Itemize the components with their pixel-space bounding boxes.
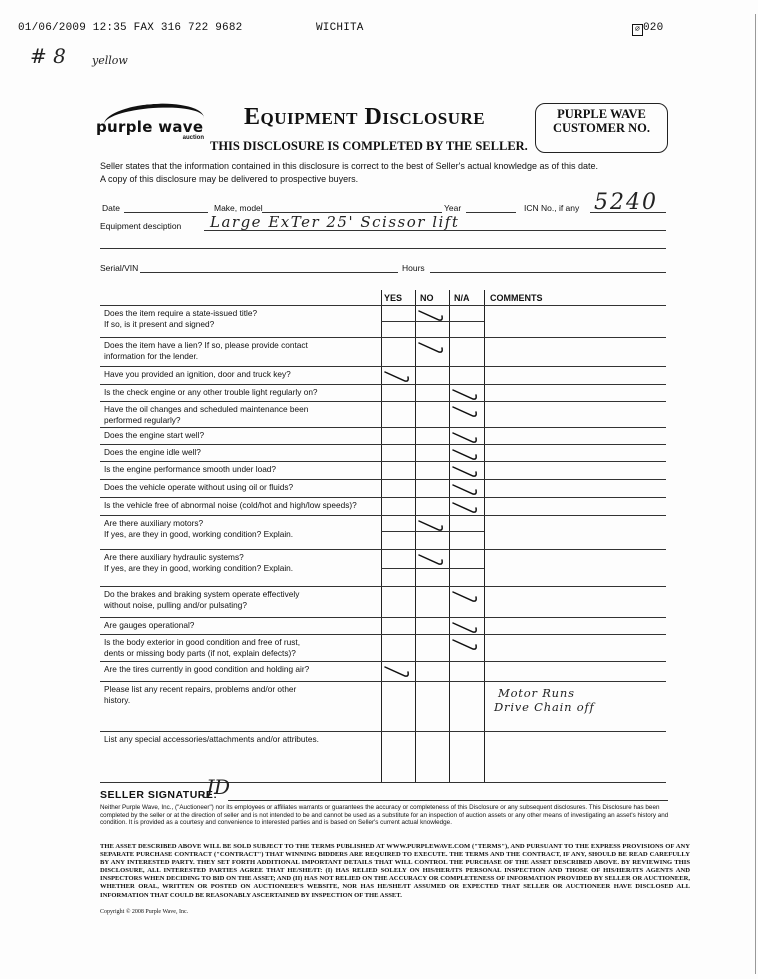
question-text-2: If so, is it present and signed? bbox=[104, 319, 379, 330]
header-yes: YES bbox=[384, 293, 402, 303]
comment-line1: Motor Runs bbox=[494, 686, 595, 700]
answer-cell-yes[interactable] bbox=[383, 465, 413, 479]
question-text: Are gauges operational? bbox=[104, 620, 379, 631]
answer-cell-no[interactable] bbox=[417, 431, 447, 445]
question-text-2: If yes, are they in good, working condit… bbox=[104, 563, 379, 574]
question-text: Have you provided an ignition, door and … bbox=[104, 369, 379, 380]
question-text: Does the engine idle well? bbox=[104, 447, 379, 458]
table-row-question: Does the engine idle well? bbox=[104, 447, 379, 458]
table-row-question: Have you provided an ignition, door and … bbox=[104, 369, 379, 380]
page-subtitle: THIS DISCLOSURE IS COMPLETED BY THE SELL… bbox=[210, 139, 528, 154]
question-text: Does the engine start well? bbox=[104, 430, 379, 441]
table-row-divider bbox=[100, 337, 666, 338]
answer-cell-yes[interactable] bbox=[383, 685, 413, 699]
answer-cell-yes[interactable] bbox=[383, 431, 413, 445]
table-cell-divider bbox=[381, 568, 484, 569]
table-column-divider bbox=[449, 290, 450, 782]
checkmark-icon bbox=[451, 465, 481, 479]
checkmark-icon bbox=[383, 370, 413, 384]
answer-cell-na[interactable] bbox=[451, 405, 481, 419]
copyright: Copyright © 2008 Purple Wave, Inc. bbox=[100, 909, 188, 915]
answer-cell-yes[interactable] bbox=[383, 448, 413, 462]
customer-number-box[interactable]: PURPLE WAVE CUSTOMER NO. bbox=[535, 103, 668, 153]
checkmark-icon bbox=[451, 638, 481, 652]
question-text: Are the tires currently in good conditio… bbox=[104, 664, 379, 675]
checkmark-icon bbox=[417, 341, 447, 355]
table-row-question: Does the engine start well? bbox=[104, 430, 379, 441]
customer-box-line1: PURPLE WAVE bbox=[536, 107, 667, 121]
checkmark-icon bbox=[451, 501, 481, 515]
answer-cell-no[interactable] bbox=[417, 405, 447, 419]
customer-box-line2: CUSTOMER NO. bbox=[536, 121, 667, 135]
comments-handwritten: Motor Runs Drive Chain off bbox=[494, 686, 595, 714]
question-text: Please list any recent repairs, problems… bbox=[104, 684, 379, 695]
answer-cell-na[interactable] bbox=[451, 553, 481, 567]
fax-page: ⌀020 bbox=[632, 22, 663, 36]
make-label: Make, model bbox=[214, 203, 263, 213]
answer-cell-na[interactable] bbox=[451, 388, 481, 402]
question-text: Are there auxiliary hydraulic systems? bbox=[104, 552, 379, 563]
table-row-question: Do the brakes and braking system operate… bbox=[104, 589, 379, 611]
answer-cell-na[interactable] bbox=[451, 309, 481, 323]
question-text: List any special accessories/attachments… bbox=[104, 734, 379, 745]
answer-cell-yes[interactable] bbox=[383, 405, 413, 419]
table-row-question: Are gauges operational? bbox=[104, 620, 379, 631]
answer-cell-no[interactable] bbox=[417, 665, 447, 679]
answer-cell-no[interactable] bbox=[417, 519, 447, 533]
answer-cell-no[interactable] bbox=[417, 341, 447, 355]
question-text: Are there auxiliary motors? bbox=[104, 518, 379, 529]
hours-label: Hours bbox=[402, 263, 425, 273]
table-row-divider bbox=[100, 497, 666, 498]
table-row-divider bbox=[100, 782, 666, 783]
intro-line2: A copy of this disclosure may be deliver… bbox=[100, 173, 680, 186]
header-na: N/A bbox=[454, 293, 470, 303]
handwritten-number: # 8 bbox=[30, 44, 66, 68]
question-text-2: history. bbox=[104, 695, 379, 706]
table-row-question: Please list any recent repairs, problems… bbox=[104, 684, 379, 706]
answer-cell-na[interactable] bbox=[451, 448, 481, 462]
table-row-divider bbox=[100, 617, 666, 618]
answer-cell-na[interactable] bbox=[451, 638, 481, 652]
intro-text: Seller states that the information conta… bbox=[100, 160, 680, 186]
table-row-divider bbox=[100, 515, 666, 516]
answer-cell-no[interactable] bbox=[417, 638, 447, 652]
table-column-divider bbox=[381, 290, 382, 782]
answer-cell-na[interactable] bbox=[451, 685, 481, 699]
table-row-question: Is the vehicle free of abnormal noise (c… bbox=[104, 500, 379, 511]
disclaimer-liability: Neither Purple Wave, Inc., ("Auctioneer"… bbox=[100, 804, 690, 827]
table-row-question: Are the tires currently in good conditio… bbox=[104, 664, 379, 675]
question-text: Does the vehicle operate without using o… bbox=[104, 482, 379, 493]
question-text-2: If yes, are they in good, working condit… bbox=[104, 529, 379, 540]
answer-cell-yes[interactable] bbox=[383, 388, 413, 402]
answer-cell-yes[interactable] bbox=[383, 341, 413, 355]
table-row-question: Does the item have a lien? If so, please… bbox=[104, 340, 379, 362]
table-row-question: Does the vehicle operate without using o… bbox=[104, 482, 379, 493]
question-text-2: dents or missing body parts (if not, exp… bbox=[104, 648, 379, 659]
serial-label: Serial/VIN bbox=[100, 263, 138, 273]
checkmark-icon bbox=[451, 388, 481, 402]
icn-label: ICN No., if any bbox=[524, 203, 579, 213]
purple-wave-logo: purple wave auction bbox=[96, 104, 208, 148]
table-row-question: Are there auxiliary hydraulic systems?If… bbox=[104, 552, 379, 574]
checkmark-icon bbox=[451, 405, 481, 419]
question-text: Does the item require a state-issued tit… bbox=[104, 308, 379, 319]
answer-cell-na[interactable] bbox=[451, 501, 481, 515]
table-row-question: List any special accessories/attachments… bbox=[104, 734, 379, 745]
question-text-2: performed regularly? bbox=[104, 415, 379, 426]
answer-cell-na[interactable] bbox=[451, 735, 481, 749]
question-text-2: information for the lender. bbox=[104, 351, 379, 362]
answer-cell-yes[interactable] bbox=[383, 370, 413, 384]
question-text: Is the check engine or any other trouble… bbox=[104, 387, 379, 398]
year-label: Year bbox=[444, 203, 461, 213]
answer-cell-na[interactable] bbox=[451, 431, 481, 445]
date-field[interactable] bbox=[124, 212, 208, 213]
answer-cell-yes[interactable] bbox=[383, 735, 413, 749]
header-comments: COMMENTS bbox=[490, 293, 543, 303]
table-row-divider bbox=[100, 305, 666, 306]
table-row-question: Is the check engine or any other trouble… bbox=[104, 387, 379, 398]
header-no: NO bbox=[420, 293, 434, 303]
question-text: Have the oil changes and scheduled maint… bbox=[104, 404, 379, 415]
equipment-value: Large ExTer 25' Scissor lift bbox=[210, 213, 459, 231]
checkmark-icon bbox=[451, 448, 481, 462]
seller-signature[interactable]: JD bbox=[206, 775, 230, 799]
answer-cell-yes[interactable] bbox=[383, 519, 413, 533]
date-label: Date bbox=[102, 203, 120, 213]
answer-cell-na[interactable] bbox=[451, 483, 481, 497]
intro-line1: Seller states that the information conta… bbox=[100, 160, 680, 173]
answer-cell-no[interactable] bbox=[417, 465, 447, 479]
answer-cell-no[interactable] bbox=[417, 685, 447, 699]
answer-cell-na[interactable] bbox=[451, 341, 481, 355]
table-row-divider bbox=[100, 427, 666, 428]
table-row-divider bbox=[100, 384, 666, 385]
checkmark-icon bbox=[417, 553, 447, 567]
answer-cell-yes[interactable] bbox=[383, 483, 413, 497]
table-row-divider bbox=[100, 681, 666, 682]
hours-field[interactable] bbox=[430, 272, 666, 273]
answer-cell-yes[interactable] bbox=[383, 309, 413, 323]
disclaimer-terms: THE ASSET DESCRIBED ABOVE WILL BE SOLD S… bbox=[100, 843, 690, 900]
table-row-question: Does the item require a state-issued tit… bbox=[104, 308, 379, 330]
answer-cell-no[interactable] bbox=[417, 553, 447, 567]
answer-cell-na[interactable] bbox=[451, 465, 481, 479]
comment-line2: Drive Chain off bbox=[494, 700, 595, 714]
question-text: Does the item have a lien? If so, please… bbox=[104, 340, 379, 351]
answer-cell-no[interactable] bbox=[417, 621, 447, 635]
answer-cell-na[interactable] bbox=[451, 665, 481, 679]
checkmark-icon bbox=[417, 309, 447, 323]
equipment-description-line2[interactable] bbox=[100, 248, 666, 249]
question-text: Is the body exterior in good condition a… bbox=[104, 637, 379, 648]
page-edge bbox=[755, 14, 756, 974]
checkmark-icon bbox=[451, 431, 481, 445]
answer-cell-yes[interactable] bbox=[383, 621, 413, 635]
answer-cell-yes[interactable] bbox=[383, 665, 413, 679]
question-text: Do the brakes and braking system operate… bbox=[104, 589, 379, 600]
checkmark-icon bbox=[451, 483, 481, 497]
icn-value: 5240 bbox=[594, 190, 658, 215]
table-row-question: Have the oil changes and scheduled maint… bbox=[104, 404, 379, 426]
logo-sub: auction bbox=[183, 135, 204, 141]
table-row-divider bbox=[100, 549, 666, 550]
answer-cell-na[interactable] bbox=[451, 370, 481, 384]
handwritten-color: yellow bbox=[92, 54, 128, 67]
answer-cell-no[interactable] bbox=[417, 388, 447, 402]
checkmark-icon bbox=[383, 665, 413, 679]
table-row-divider bbox=[100, 479, 666, 480]
answer-cell-no[interactable] bbox=[417, 501, 447, 515]
fax-page-number: 020 bbox=[643, 22, 663, 34]
answer-cell-no[interactable] bbox=[417, 309, 447, 323]
answer-cell-no[interactable] bbox=[417, 483, 447, 497]
answer-cell-no[interactable] bbox=[417, 448, 447, 462]
answer-cell-yes[interactable] bbox=[383, 638, 413, 652]
answer-cell-yes[interactable] bbox=[383, 501, 413, 515]
table-column-divider bbox=[415, 290, 416, 782]
question-text-2: without noise, pulling and/or pulsating? bbox=[104, 600, 379, 611]
table-row-divider bbox=[100, 586, 666, 587]
answer-cell-no[interactable] bbox=[417, 370, 447, 384]
logo-name: purple wave bbox=[96, 118, 203, 136]
checkmark-icon bbox=[451, 621, 481, 635]
answer-cell-yes[interactable] bbox=[383, 590, 413, 604]
question-text: Is the vehicle free of abnormal noise (c… bbox=[104, 500, 379, 511]
checkmark-icon bbox=[451, 590, 481, 604]
answer-cell-no[interactable] bbox=[417, 735, 447, 749]
checkmark-icon bbox=[417, 519, 447, 533]
page-title: Equipment Disclosure bbox=[244, 104, 485, 131]
table-row-question: Is the body exterior in good condition a… bbox=[104, 637, 379, 659]
fax-location: WICHITA bbox=[316, 22, 364, 34]
seller-signature-label: SELLER SIGNATURE: bbox=[100, 789, 217, 801]
table-row-question: Is the engine performance smooth under l… bbox=[104, 464, 379, 475]
question-text: Is the engine performance smooth under l… bbox=[104, 464, 379, 475]
fax-page-icon: ⌀ bbox=[632, 24, 643, 36]
equipment-label: Equipment desciption bbox=[100, 221, 181, 231]
answer-cell-na[interactable] bbox=[451, 590, 481, 604]
answer-cell-na[interactable] bbox=[451, 621, 481, 635]
table-column-divider bbox=[484, 290, 485, 782]
answer-cell-na[interactable] bbox=[451, 519, 481, 533]
serial-vin-field[interactable] bbox=[140, 272, 398, 273]
answer-cell-yes[interactable] bbox=[383, 553, 413, 567]
table-row-question: Are there auxiliary motors?If yes, are t… bbox=[104, 518, 379, 540]
fax-timestamp: 01/06/2009 12:35 FAX 316 722 9682 bbox=[18, 22, 242, 34]
table-row-divider bbox=[100, 661, 666, 662]
answer-cell-no[interactable] bbox=[417, 590, 447, 604]
table-row-divider bbox=[100, 366, 666, 367]
year-field[interactable] bbox=[466, 212, 516, 213]
signature-line[interactable] bbox=[228, 800, 668, 801]
table-row-divider bbox=[100, 731, 666, 732]
